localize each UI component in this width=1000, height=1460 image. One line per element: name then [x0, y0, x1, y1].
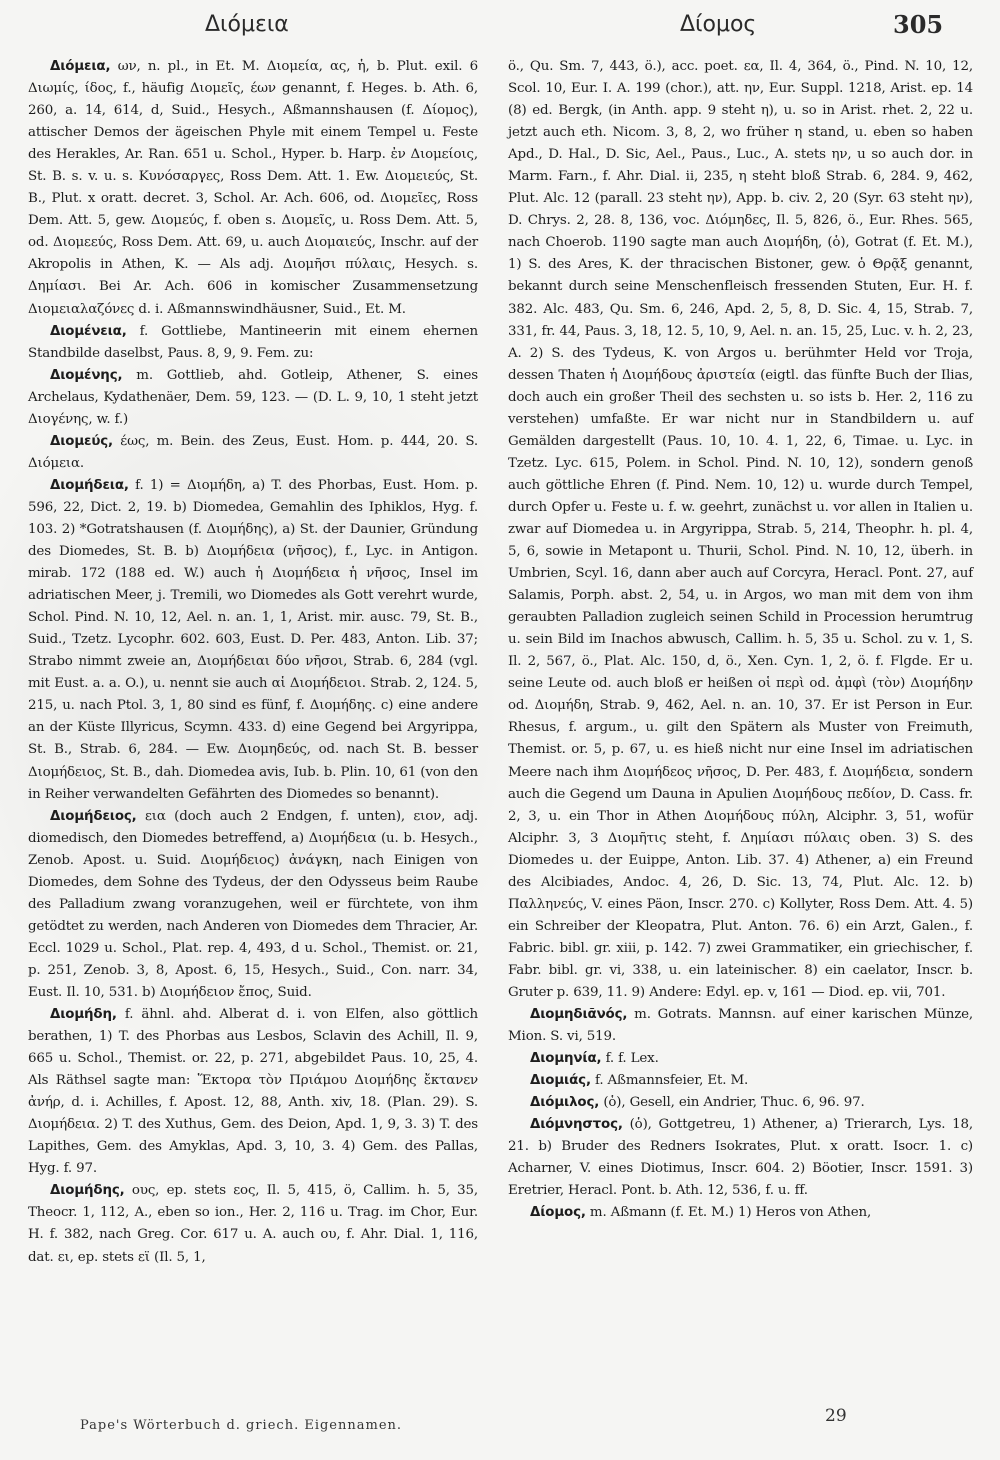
entry-text: f. 1) = Διομήδη, a) T. des Phorbas, Eust…	[28, 478, 478, 802]
right-guide-word: Δίομος	[680, 12, 756, 37]
dictionary-entry: Διομιάς, f. Aßmannsfeier, Et. M.	[508, 1070, 973, 1092]
entry-headword: Δίομος,	[530, 1205, 586, 1220]
left-column: Διόμεια, ων, n. pl., in Et. M. Διομεία, …	[28, 56, 478, 1269]
dictionary-entry: Διομένεια, f. Gottliebe, Mantineerin mit…	[28, 321, 478, 365]
entry-headword: Διομήδειος,	[50, 809, 137, 824]
entry-headword: Διομήδεια,	[50, 478, 129, 493]
dictionary-entry: Διομήδη, f. ähnl. ahd. Alberat d. i. von…	[28, 1004, 478, 1180]
dictionary-entry: Διομήδης, ους, ep. stets εος, Il. 5, 415…	[28, 1180, 478, 1268]
dictionary-entry: Διομεύς, έως, m. Bein. des Zeus, Eust. H…	[28, 431, 478, 475]
signature-mark: 29	[825, 1406, 847, 1426]
entry-headword: Διόμιλος,	[530, 1095, 599, 1110]
entry-headword: Διομήδης,	[50, 1183, 125, 1198]
entry-headword: Διόμνηστος,	[530, 1117, 623, 1132]
entry-headword: Διομηνία,	[530, 1051, 601, 1066]
dictionary-entry: Διόμνηστος, (ὁ), Gottgetreu, 1) Athener,…	[508, 1114, 973, 1202]
entry-headword: Διομένεια,	[50, 324, 127, 339]
entry-text: ων, n. pl., in Et. M. Διομεία, ας, ἡ, b.…	[28, 59, 478, 317]
dictionary-entry: Διομήδεια, f. 1) = Διομήδη, a) T. des Ph…	[28, 475, 478, 806]
dictionary-entry: Δίομος, m. Aßmann (f. Et. M.) 1) Heros v…	[508, 1202, 973, 1224]
dictionary-entry: Διόμεια, ων, n. pl., in Et. M. Διομεία, …	[28, 56, 478, 321]
entry-headword: Διομιάς,	[530, 1073, 591, 1088]
dictionary-entry: Διομηδιᾶνός, m. Gotrats. Mannsn. auf ein…	[508, 1004, 973, 1048]
entry-text: εια (doch auch 2 Endgen, f. unten), ειον…	[28, 809, 478, 1000]
entry-text: (ὁ), Gesell, ein Andrier, Thuc. 6, 96. 9…	[603, 1095, 864, 1110]
entry-text: f. ähnl. ahd. Alberat d. i. von Elfen, a…	[28, 1007, 478, 1176]
dictionary-entry: Διομένης, m. Gottlieb, ahd. Gotleip, Ath…	[28, 365, 478, 431]
scanned-dictionary-page: Διόμεια Δίομος 305 Διόμεια, ων, n. pl., …	[0, 0, 1000, 1460]
entry-headword: Διομηδιᾶνός,	[530, 1007, 627, 1022]
entry-headword: Διομήδη,	[50, 1007, 117, 1022]
dictionary-entry: Διομήδειος, εια (doch auch 2 Endgen, f. …	[28, 806, 478, 1004]
running-header: Διόμεια Δίομος 305	[0, 8, 1000, 48]
footer-imprint: Pape's Wörterbuch d. griech. Eigennamen.	[80, 1418, 402, 1433]
entry-text: ö., Qu. Sm. 7, 443, ö.), acc. poet. εα, …	[508, 59, 973, 1000]
entry-headword: Διομεύς,	[50, 434, 113, 449]
entry-text: m. Aßmann (f. Et. M.) 1) Heros von Athen…	[590, 1205, 871, 1220]
page-number: 305	[893, 10, 943, 39]
entry-headword: Διομένης,	[50, 368, 122, 383]
dictionary-entry-continuation: ö., Qu. Sm. 7, 443, ö.), acc. poet. εα, …	[508, 56, 973, 1004]
entry-text: f. Aßmannsfeier, Et. M.	[595, 1073, 748, 1088]
entry-text: f. f. Lex.	[606, 1051, 659, 1066]
left-guide-word: Διόμεια	[205, 12, 289, 37]
entry-headword: Διόμεια,	[50, 59, 110, 74]
dictionary-entry: Διόμιλος, (ὁ), Gesell, ein Andrier, Thuc…	[508, 1092, 973, 1114]
right-column: ö., Qu. Sm. 7, 443, ö.), acc. poet. εα, …	[508, 56, 973, 1224]
dictionary-entry: Διομηνία, f. f. Lex.	[508, 1048, 973, 1070]
